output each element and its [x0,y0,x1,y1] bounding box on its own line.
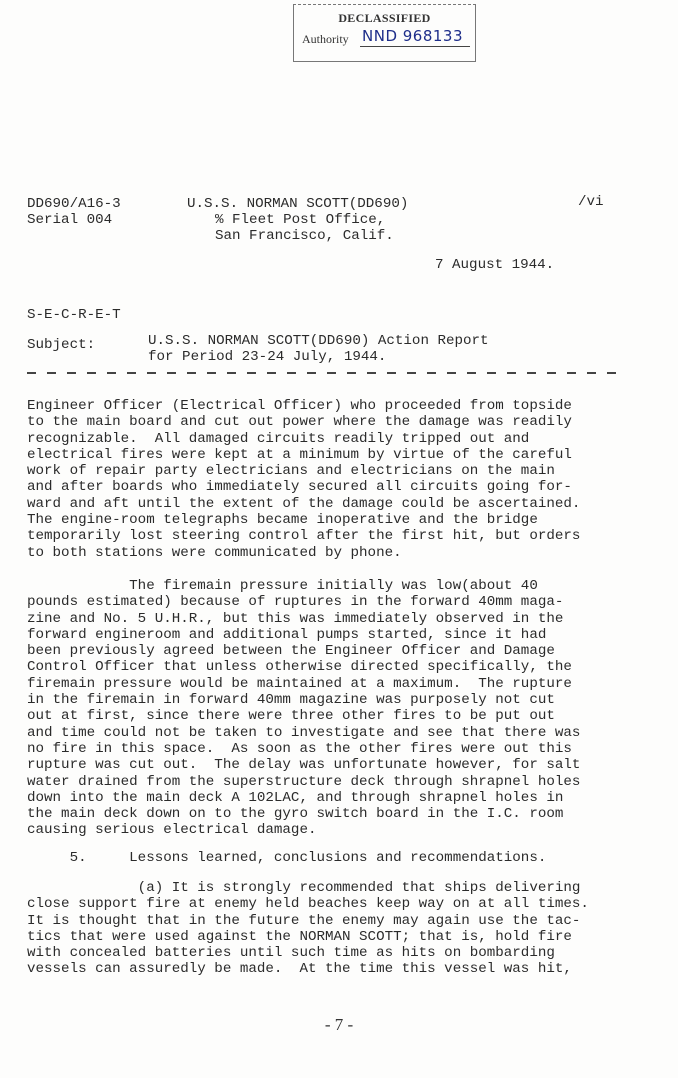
text-line: to both stations were communicated by ph… [27,545,580,561]
declassified-stamp: DECLASSIFIED Authority NND 968133 [293,4,476,62]
address-line-2: San Francisco, Calif. [215,228,394,244]
text-line: been previously agreed between the Engin… [27,643,580,659]
text-line: tics that were used against the NORMAN S… [27,929,589,945]
text-line: Control Officer that unless otherwise di… [27,659,580,675]
text-line: out at first, since there were three oth… [27,708,580,724]
file-code: DD690/A16-3 [27,196,121,212]
text-line: in the firemain in forward 40mm magazine… [27,692,580,708]
paragraph-recommendation-a: (a) It is strongly recommended that ship… [27,880,589,978]
text-line: It is thought that in the future the ene… [27,913,589,929]
subject-line-1: U.S.S. NORMAN SCOTT(DD690) Action Report [148,333,489,349]
subject-label: Subject: [27,337,95,353]
text-line: vessels can assuredly be made. At the ti… [27,961,589,977]
text-line: no fire in this space. As soon as the ot… [27,741,580,757]
text-line: The firemain pressure initially was low(… [27,578,580,594]
text-line: electrical fires were kept at a minimum … [27,447,580,463]
stamp-authority-value: NND 968133 [360,26,470,47]
text-line: down into the main deck A 102LAC, and th… [27,790,580,806]
text-line: and after boards who immediately secured… [27,479,580,495]
typist-initials: /vi [578,194,604,210]
text-line: (a) It is strongly recommended that ship… [27,880,589,896]
serial-number: Serial 004 [27,212,112,228]
address-line-1: % Fleet Post Office, [215,212,385,228]
text-line: The engine-room telegraphs became inoper… [27,512,580,528]
text-line: recognizable. All damaged circuits readi… [27,431,580,447]
text-line: water drained from the superstructure de… [27,774,580,790]
text-line: zine and No. 5 U.H.R., but this was imme… [27,611,580,627]
document-date: 7 August 1944. [435,257,554,273]
stamp-title: DECLASSIFIED [294,11,475,26]
paragraph-electrical-damage: Engineer Officer (Electrical Officer) wh… [27,398,580,561]
classification-marking: S-E-C-R-E-T [27,307,121,323]
stamp-authority-label: Authority [302,32,349,47]
section-5-heading: 5. Lessons learned, conclusions and reco… [27,850,546,866]
text-line: forward engineroom and additional pumps … [27,627,580,643]
text-line: firemain pressure would be maintained at… [27,676,580,692]
text-line: rupture was cut out. The delay was unfor… [27,757,580,773]
document-page: DECLASSIFIED Authority NND 968133 DD690/… [0,0,678,1078]
text-line: ward and aft until the extent of the dam… [27,496,580,512]
text-line: close support fire at enemy held beaches… [27,896,589,912]
text-line: Engineer Officer (Electrical Officer) wh… [27,398,580,414]
separator-rule [27,372,627,374]
text-line: the main deck down on to the gyro switch… [27,806,580,822]
text-line: to the main board and cut out power wher… [27,414,580,430]
subject-line-2: for Period 23-24 July, 1944. [148,349,386,365]
page-number: - 7 - [0,1015,678,1035]
text-line: temporarily lost steering control after … [27,528,580,544]
text-line: and time could not be taken to investiga… [27,725,580,741]
text-line: with concealed batteries until such time… [27,945,589,961]
ship-name: U.S.S. NORMAN SCOTT(DD690) [187,196,408,212]
paragraph-firemain-pressure: The firemain pressure initially was low(… [27,578,580,839]
text-line: causing serious electrical damage. [27,822,580,838]
text-line: work of repair party electricians and el… [27,463,580,479]
text-line: pounds estimated) because of ruptures in… [27,594,580,610]
